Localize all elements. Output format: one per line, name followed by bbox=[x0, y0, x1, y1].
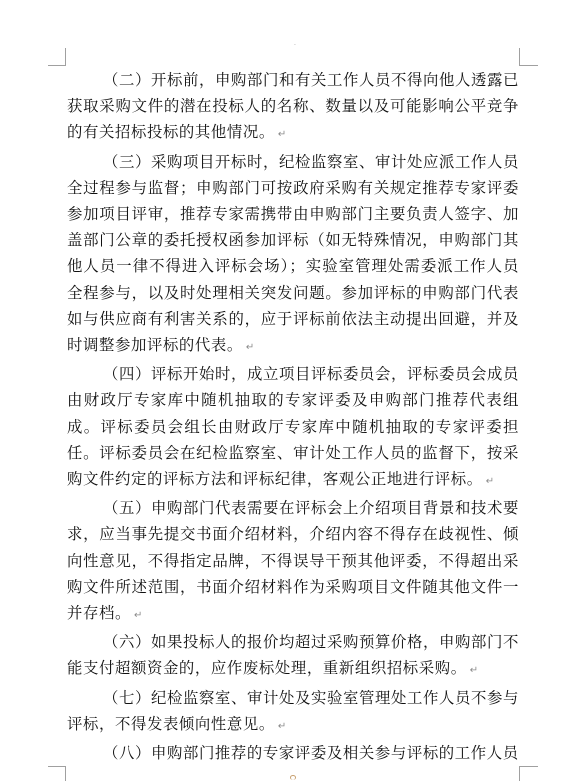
paragraph-mark-icon: ↵ bbox=[486, 476, 494, 487]
paragraph-mark-icon: ↵ bbox=[246, 342, 254, 353]
paragraph-mark-icon: ↵ bbox=[470, 665, 478, 676]
document-page: · （二）开标前，申购部门和有关工作人员不得向他人透露已获取采购文件的潜在投标人… bbox=[0, 0, 584, 781]
paragraph-mark-icon: ↵ bbox=[278, 721, 286, 732]
paragraph-2[interactable]: （二）开标前，申购部门和有关工作人员不得向他人透露已获取采购文件的潜在投标人的名… bbox=[67, 67, 519, 149]
paragraph-text: （四）评标开始时，成立项目评标委员会，评标委员会成员由财政厅专家库中随机抽取的专… bbox=[67, 365, 519, 488]
paragraph-mark-icon: ↵ bbox=[134, 610, 142, 621]
paragraph-6[interactable]: （六）如果投标人的报价均超过采购预算价格，申购部门不能支付超额资金的，应作废标处… bbox=[67, 629, 519, 684]
crop-mark-bottom-right bbox=[519, 766, 538, 781]
paragraph-mark-icon: ↵ bbox=[278, 129, 286, 140]
paragraph-4[interactable]: （四）评标开始时，成立项目评标委员会，评标委员会成员由财政厅专家库中随机抽取的专… bbox=[67, 361, 519, 495]
paragraph-text: （三）采购项目开标时，纪检监察室、审计处应派工作人员全过程参与监督；申购部门可按… bbox=[67, 153, 519, 354]
paragraph-8[interactable]: （八）申购部门推荐的专家评委及相关参与评标的工作人员 bbox=[67, 740, 519, 766]
paragraph-text: （六）如果投标人的报价均超过采购预算价格，申购部门不能支付超额资金的，应作废标处… bbox=[67, 633, 519, 677]
paragraph-text: （七）纪检监察室、审计处及实验室管理处工作人员不参与评标，不得发表倾向性意见。 bbox=[67, 689, 519, 733]
paragraph-7[interactable]: （七）纪检监察室、审计处及实验室管理处工作人员不参与评标，不得发表倾向性意见。↵ bbox=[67, 685, 519, 740]
crop-mark-top-right bbox=[519, 48, 538, 66]
paragraph-text: （二）开标前，申购部门和有关工作人员不得向他人透露已获取采购文件的潜在投标人的名… bbox=[67, 71, 519, 141]
crop-mark-top-left bbox=[48, 48, 66, 66]
paragraph-text: （五）申购部门代表需要在评标会上介绍项目背景和技术要求，应当事先提交书面介绍材料… bbox=[67, 499, 519, 622]
footer-anchor-icon bbox=[290, 775, 296, 780]
header-paragraph-mark: · bbox=[294, 42, 296, 49]
paragraph-3[interactable]: （三）采购项目开标时，纪检监察室、审计处应派工作人员全过程参与监督；申购部门可按… bbox=[67, 149, 519, 362]
paragraph-5[interactable]: （五）申购部门代表需要在评标会上介绍项目背景和技术要求，应当事先提交书面介绍材料… bbox=[67, 495, 519, 629]
crop-mark-bottom-left bbox=[48, 766, 66, 781]
document-body[interactable]: （二）开标前，申购部门和有关工作人员不得向他人透露已获取采购文件的潜在投标人的名… bbox=[67, 67, 519, 766]
paragraph-text: （八）申购部门推荐的专家评委及相关参与评标的工作人员 bbox=[103, 744, 519, 762]
